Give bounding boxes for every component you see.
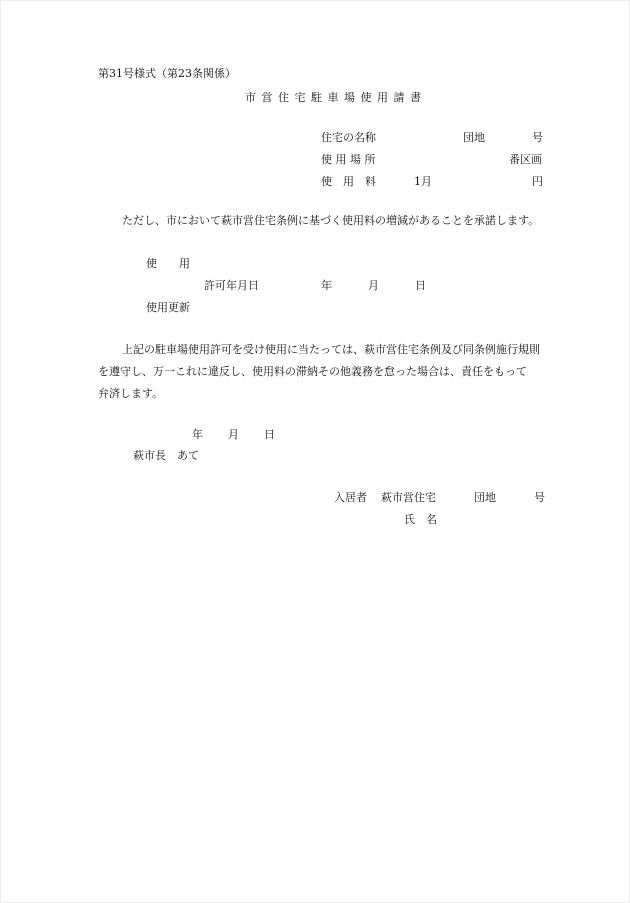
pledge-line-1: 上記の駐車場使用許可を受け使用に当たっては、萩市営住宅条例及び同条例施行規則 bbox=[122, 343, 540, 357]
danchi-label: 団地 bbox=[463, 131, 485, 145]
date-month: 月 bbox=[228, 428, 239, 442]
permit-year: 年 bbox=[321, 279, 332, 293]
month-label: 1月 bbox=[414, 175, 432, 189]
location-label: 使 用 場 所 bbox=[321, 153, 376, 167]
yen-label: 円 bbox=[532, 175, 543, 189]
permit-day: 日 bbox=[415, 279, 426, 293]
go-label: 号 bbox=[532, 131, 543, 145]
housing-name-label: 住宅の名称 bbox=[321, 131, 376, 145]
resident-go: 号 bbox=[534, 491, 545, 505]
pledge-line-3: 弁済します。 bbox=[98, 387, 163, 401]
use-label: 使 用 bbox=[146, 257, 190, 271]
permit-date-label: 許可年月日 bbox=[204, 279, 259, 293]
date-year: 年 bbox=[192, 428, 203, 442]
document-title: 市 営 住 宅 駐 車 場 使 用 請 書 bbox=[245, 91, 422, 105]
pledge-line-2: を遵守し、万一これに違反し、使用料の滞納その他義務を怠った場合は、責任をもって bbox=[98, 365, 527, 379]
renewal-label: 使用更新 bbox=[146, 301, 190, 315]
date-day: 日 bbox=[264, 428, 275, 442]
resident-name-label: 氏 名 bbox=[404, 513, 437, 527]
consent-text: ただし、市において萩市営住宅条例に基づく使用料の増減があることを承諾します。 bbox=[122, 214, 539, 228]
form-number: 第31号様式（第23条関係） bbox=[98, 67, 236, 81]
resident-label: 入居者 bbox=[334, 491, 367, 505]
fee-label: 使 用 料 bbox=[321, 175, 376, 189]
section-label: 番区画 bbox=[509, 153, 542, 167]
resident-housing: 萩市営住宅 bbox=[381, 491, 436, 505]
permit-month: 月 bbox=[368, 279, 379, 293]
resident-danchi: 団地 bbox=[474, 491, 496, 505]
document-page: 第31号様式（第23条関係） 市 営 住 宅 駐 車 場 使 用 請 書 住宅の… bbox=[0, 0, 630, 903]
addressee: 萩市長 あて bbox=[133, 449, 199, 463]
